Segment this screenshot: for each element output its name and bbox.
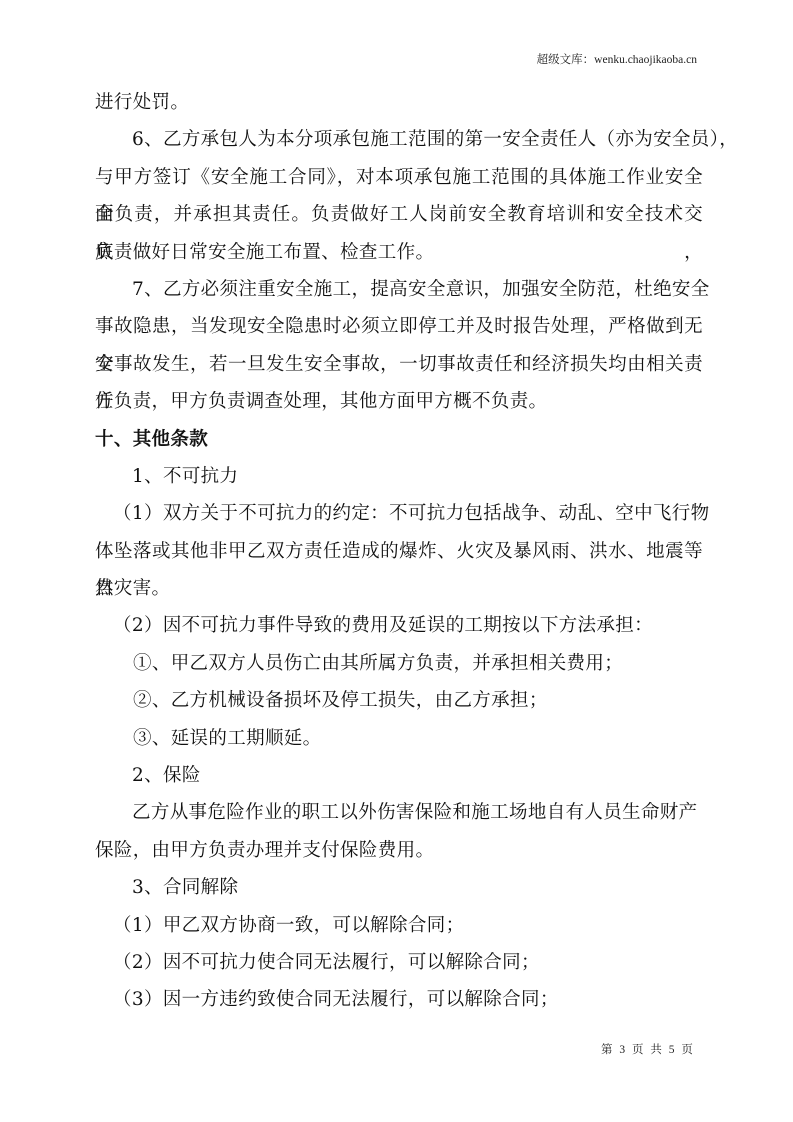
list-item: ②、乙方机械设备损坏及停工损失，由乙方承担； — [95, 682, 703, 719]
force-majeure-line: （2）因不可抗力事件导致的费用及延误的工期按以下方法承担： — [95, 607, 703, 644]
force-majeure-line: （1）双方关于不可抗力的约定：不可抗力包括战争、动乱、空中飞行物 — [95, 495, 703, 532]
list-item: ③、延误的工期顺延。 — [95, 720, 703, 757]
clause-6-line: 与甲方签订《安全施工合同》，对本项承包施工范围的具体施工作业安全全 — [95, 159, 703, 196]
paragraph-line: 进行处罚。 — [95, 84, 703, 121]
list-item: （3）因一方违约致使合同无法履行，可以解除合同； — [95, 981, 703, 1018]
force-majeure-line: 体坠落或其他非甲乙双方责任造成的爆炸、火灾及暴风雨、洪水、地震等自 — [95, 533, 703, 570]
insurance-line: 乙方从事危险作业的职工以外伤害保险和施工场地自有人员生命财产 — [95, 794, 703, 831]
clause-7-line: 7、乙方必须注重安全施工，提高安全意识，加强安全防范，杜绝安全 — [95, 271, 703, 308]
page-header: 超级文库：wenku.chaojikaoba.cn — [537, 51, 697, 67]
clause-7-line: 事故隐患，当发现安全隐患时必须立即停工并及时报告处理，严格做到无安 — [95, 308, 703, 345]
force-majeure-line: 然灾害。 — [95, 570, 703, 607]
subsection-heading-force-majeure: 1、不可抗力 — [95, 458, 703, 495]
section-heading: 十、其他条款 — [95, 421, 703, 458]
list-item: ①、甲乙双方人员伤亡由其所属方负责，并承担相关费用； — [95, 645, 703, 682]
list-item: （2）因不可抗力使合同无法履行，可以解除合同； — [95, 944, 703, 981]
clause-6-line: 6、乙方承包人为本分项承包施工范围的第一安全责任人（亦为安全员）， — [95, 121, 703, 158]
clause-7-line: 方负责，甲方负责调查处理，其他方面甲方概不负责。 — [95, 383, 703, 420]
document-body: 进行处罚。 6、乙方承包人为本分项承包施工范围的第一安全责任人（亦为安全员）， … — [95, 84, 703, 1019]
subsection-heading-termination: 3、合同解除 — [95, 869, 703, 906]
page-footer: 第 3 页 共 5 页 — [601, 1041, 693, 1057]
subsection-heading-insurance: 2、保险 — [95, 757, 703, 794]
clause-6-line: 面负责，并承担其责任。负责做好工人岗前安全教育培训和安全技术交底， — [95, 196, 703, 233]
list-item: （1）甲乙双方协商一致，可以解除合同； — [95, 907, 703, 944]
insurance-line: 保险，由甲方负责办理并支付保险费用。 — [95, 832, 703, 869]
clause-7-line: 全事故发生，若一旦发生安全事故，一切事故责任和经济损失均由相关责任 — [95, 346, 703, 383]
